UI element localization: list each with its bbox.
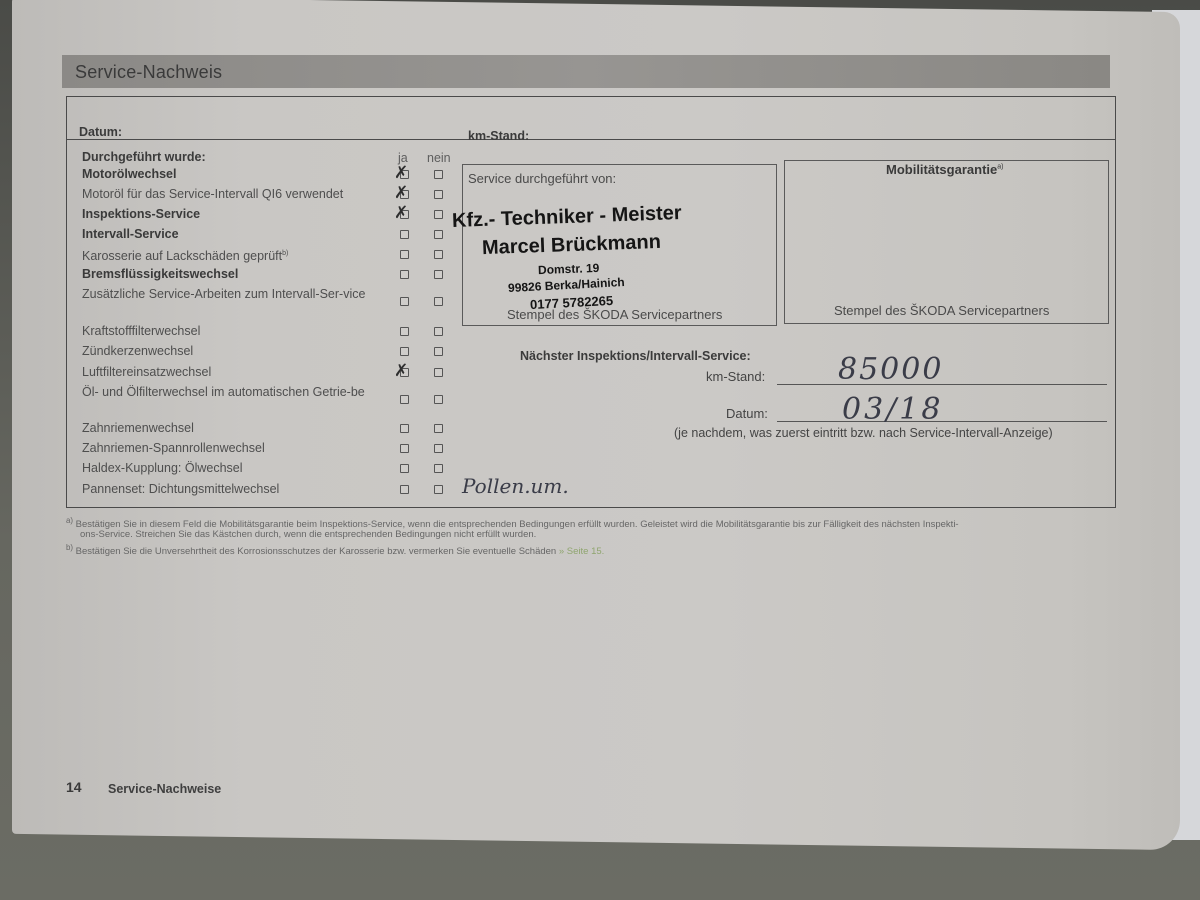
checkbox-nein[interactable] <box>434 327 443 336</box>
next-service-heading: Nächster Inspektions/Intervall-Service: <box>520 349 751 363</box>
checkbox-ja[interactable] <box>400 424 409 433</box>
checkbox-ja[interactable] <box>400 270 409 279</box>
checklist-item-label: Zahnriemen-Spannrollenwechsel <box>82 441 387 455</box>
checklist-item-label: Haldex-Kupplung: Ölwechsel <box>82 461 387 475</box>
next-km-value: 85000 <box>838 352 943 387</box>
checklist-item-label: Karosserie auf Lackschäden geprüftb) <box>82 247 387 263</box>
divider <box>67 139 1115 140</box>
checklist-row: Intervall-Service <box>82 227 462 241</box>
checklist-item-label: Bremsflüssigkeitswechsel <box>82 267 387 281</box>
checkbox-ja[interactable] <box>400 327 409 336</box>
date-label: Datum: <box>79 125 122 139</box>
page-footer-title: Service-Nachweise <box>108 782 221 796</box>
service-box-title: Service durchgeführt von: <box>468 171 616 186</box>
checkbox-nein[interactable] <box>434 170 443 179</box>
checklist-item-label: Luftfiltereinsatzwechsel <box>82 365 387 379</box>
checkbox-nein[interactable] <box>434 395 443 404</box>
next-service-note: (je nachdem, was zuerst eintritt bzw. na… <box>674 426 1053 440</box>
checklist-item-label: Zündkerzenwechsel <box>82 344 387 358</box>
section-header: Service-Nachweis <box>62 55 1110 88</box>
page-number: 14 <box>66 779 82 795</box>
page-title: Service-Nachweis <box>75 62 222 83</box>
checkbox-nein[interactable] <box>434 190 443 199</box>
checkbox-nein[interactable] <box>434 424 443 433</box>
km-label: km-Stand: <box>468 129 529 143</box>
checklist-row: Zahnriemenwechsel <box>82 421 462 435</box>
check-mark-icon: ✗ <box>394 185 408 201</box>
performed-label: Durchgeführt wurde: <box>82 150 206 164</box>
checkbox-nein[interactable] <box>434 444 443 453</box>
stamp-line-street: Domstr. 19 <box>538 261 600 277</box>
checkbox-nein[interactable] <box>434 270 443 279</box>
checkbox-nein[interactable] <box>434 250 443 259</box>
checklist-item-label: Zahnriemenwechsel <box>82 421 387 435</box>
footnote-b: b) Bestätigen Sie die Unversehrtheit des… <box>66 543 604 557</box>
checkbox-nein[interactable] <box>434 368 443 377</box>
checkbox-nein[interactable] <box>434 347 443 356</box>
checklist-row: Zahnriemen-Spannrollenwechsel <box>82 441 462 455</box>
checklist-item-label: Motorölwechsel <box>82 167 387 181</box>
checkbox-nein[interactable] <box>434 297 443 306</box>
checklist-row: Kraftstofffilterwechsel <box>82 324 462 338</box>
checklist-row: Bremsflüssigkeitswechsel <box>82 267 462 281</box>
checklist-row: Zündkerzenwechsel <box>82 344 462 358</box>
checklist-row: Pannenset: Dichtungsmittelwechsel <box>82 482 462 496</box>
checkbox-nein[interactable] <box>434 210 443 219</box>
checkbox-ja[interactable] <box>400 485 409 494</box>
checklist-row: Motorölwechsel✗ <box>82 167 462 181</box>
mobility-box-title: Mobilitätsgarantiea) <box>886 162 1003 177</box>
page-link[interactable]: » Seite 15. <box>559 546 604 557</box>
checklist-item-label: Kraftstofffilterwechsel <box>82 324 387 338</box>
checkbox-ja[interactable] <box>400 395 409 404</box>
checkbox-ja[interactable] <box>400 230 409 239</box>
next-date-value: 03/18 <box>842 392 943 427</box>
footnote-a-cont: ons-Service. Streichen Sie das Kästchen … <box>80 529 536 540</box>
check-mark-icon: ✗ <box>394 363 408 379</box>
checkbox-ja[interactable] <box>400 347 409 356</box>
checkbox-ja[interactable] <box>400 464 409 473</box>
footnote-marker: b) <box>282 250 288 257</box>
column-no-label: nein <box>427 151 451 165</box>
checklist-item-label: Intervall-Service <box>82 227 387 241</box>
checkbox-nein[interactable] <box>434 485 443 494</box>
checkbox-nein[interactable] <box>434 230 443 239</box>
checkbox-nein[interactable] <box>434 464 443 473</box>
checklist-item-label: Pannenset: Dichtungsmittelwechsel <box>82 482 387 496</box>
checklist-row: Haldex-Kupplung: Ölwechsel <box>82 461 462 475</box>
checkbox-ja[interactable] <box>400 297 409 306</box>
mobility-guarantee-box <box>784 160 1109 324</box>
checklist-item-label: Inspektions-Service <box>82 207 387 221</box>
checklist-row: Zusätzliche Service-Arbeiten zum Interva… <box>82 287 462 317</box>
checkbox-ja[interactable] <box>400 250 409 259</box>
checklist-row: Öl- und Ölfilterwechsel im automatischen… <box>82 385 462 415</box>
checklist-item-label: Öl- und Ölfilterwechsel im automatischen… <box>82 385 387 399</box>
checklist-row: Luftfiltereinsatzwechsel✗ <box>82 365 462 379</box>
mobility-box-caption: Stempel des ŠKODA Servicepartners <box>834 303 1049 318</box>
check-mark-icon: ✗ <box>394 205 408 221</box>
next-km-label: km-Stand: <box>706 369 765 384</box>
checklist-item-label: Zusätzliche Service-Arbeiten zum Interva… <box>82 287 387 301</box>
checkbox-ja[interactable] <box>400 444 409 453</box>
handwritten-note: Pollen.um. <box>462 474 569 498</box>
next-date-label: Datum: <box>726 406 768 421</box>
checklist-row: Inspektions-Service✗ <box>82 207 462 221</box>
checklist-item-label: Motoröl für das Service-Intervall QI6 ve… <box>82 187 387 201</box>
checklist-row: Motoröl für das Service-Intervall QI6 ve… <box>82 187 462 201</box>
checklist-row: Karosserie auf Lackschäden geprüftb) <box>82 247 462 261</box>
check-mark-icon: ✗ <box>394 165 408 181</box>
